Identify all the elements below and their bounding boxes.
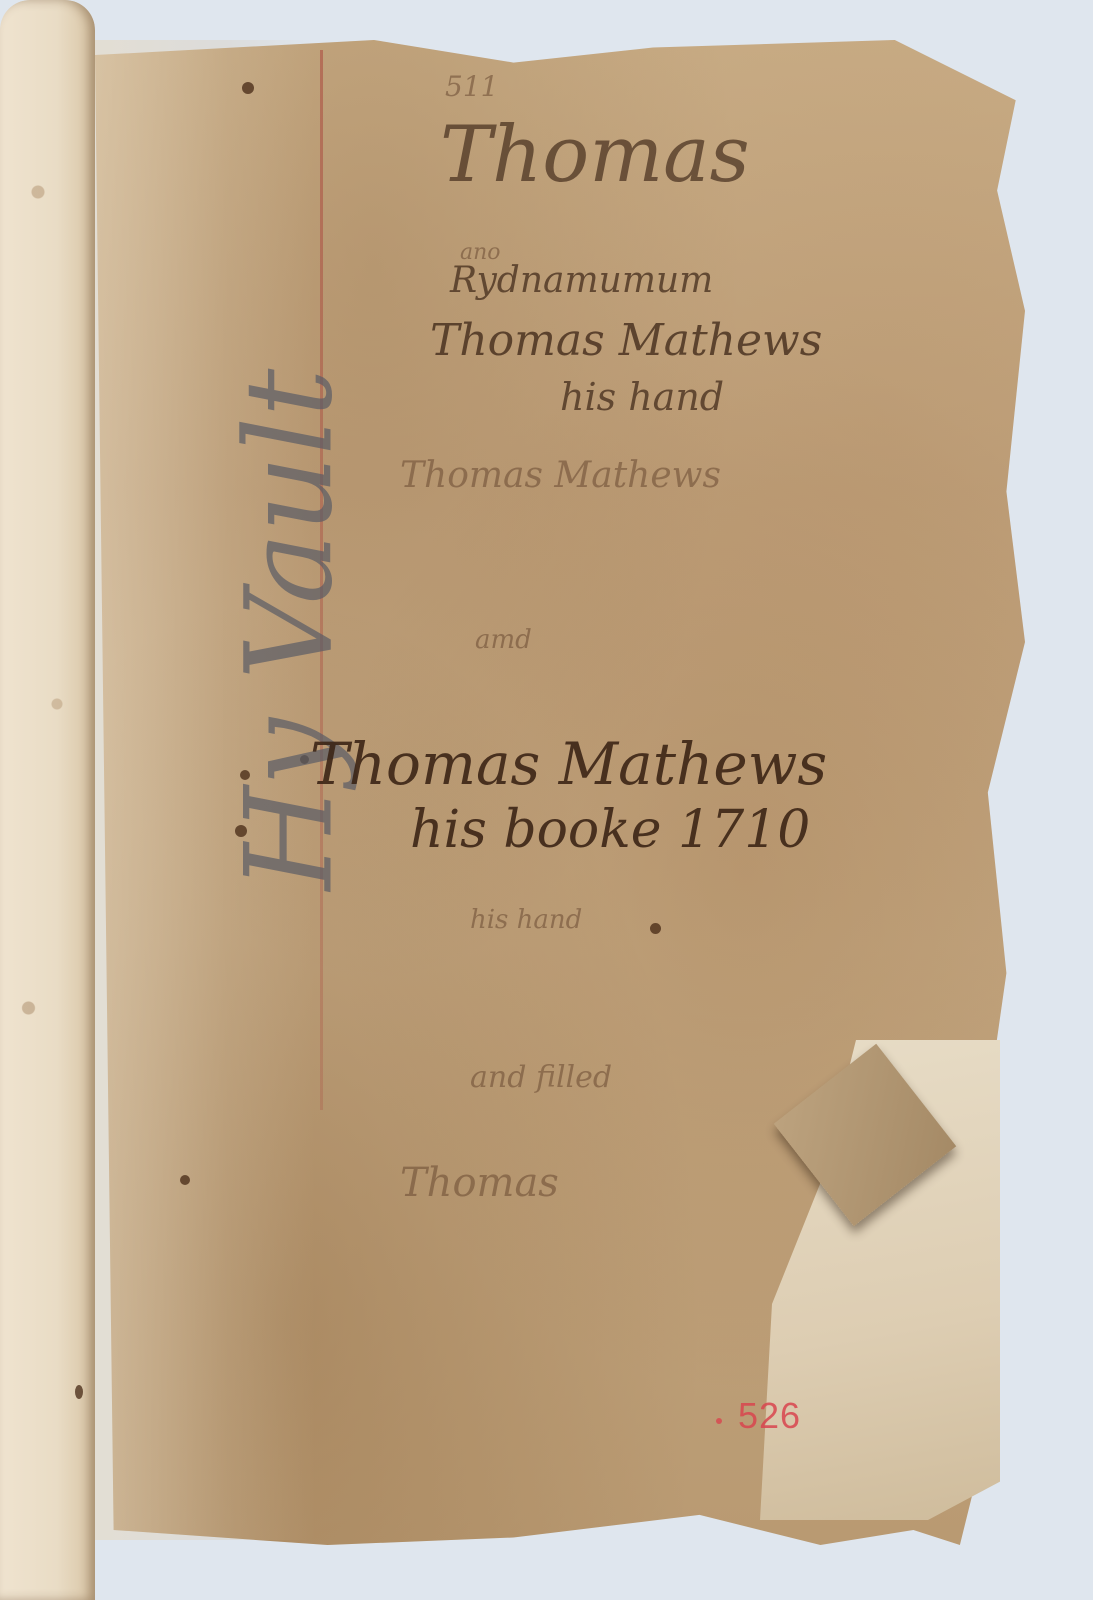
inscription-name: Thomas Mathews [430, 315, 822, 366]
inscription-line: his hand [470, 905, 582, 935]
inscription-flourish-name: Thomas [440, 110, 750, 200]
book-photo: Hy Vault 511 Thomas ano Rydnamumum Thoma… [0, 0, 1093, 1600]
ink-stain [180, 1175, 190, 1185]
stamp-dot [716, 1418, 722, 1424]
inscription-line: amd [475, 625, 532, 655]
ink-stain [242, 82, 254, 94]
pencil-margin-inscription: Hy Vault [221, 180, 360, 1080]
inscription-top-mark: 511 [445, 70, 498, 103]
inscription-name: Thomas Mathews [400, 455, 721, 496]
ink-stain [75, 1385, 83, 1399]
inscription-line: Rydnamumum [450, 260, 713, 301]
inscription-line: and filled [470, 1060, 612, 1095]
ownership-name: Thomas Mathews [310, 730, 827, 798]
inscription-line: his hand [560, 375, 724, 419]
ownership-book-date: his booke 1710 [410, 800, 810, 860]
endpaper [0, 0, 95, 1600]
ink-stain [650, 923, 661, 934]
library-stamp-number: 526 [738, 1395, 801, 1437]
inscription-line: Thomas [400, 1160, 559, 1206]
